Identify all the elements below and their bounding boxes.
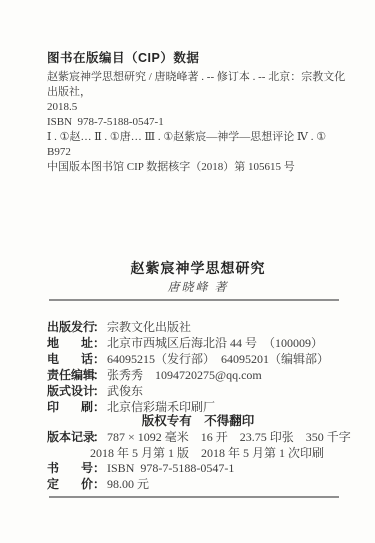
- row-label: 地址: [47, 335, 93, 351]
- row-isbn: 书号：ISBN 978-7-5188-0547-1: [47, 461, 351, 477]
- divider-top: [49, 299, 339, 301]
- row-label: 定价: [47, 477, 93, 493]
- row-value: 2018 年 5 月第 1 版 2018 年 5 月第 1 次印刷: [90, 446, 324, 460]
- row-value: 武俊东: [107, 384, 143, 398]
- cip-heading: 图书在版编目（CIP）数据: [47, 49, 351, 67]
- row-label: 责任编辑: [47, 367, 93, 383]
- row-value: 张秀秀 1094720275@qq.com: [107, 368, 262, 382]
- book-title: 赵紫宸神学思想研究: [47, 258, 349, 278]
- row-colon: ：: [93, 461, 105, 475]
- row-label: 电话: [47, 351, 93, 367]
- publisher-info-block: 出版发行：宗教文化出版社 地址：北京市西城区后海北沿 44 号 （100009）…: [47, 319, 351, 415]
- row-value: 北京信彩瑞禾印刷厂: [107, 400, 215, 414]
- row-value: 787 × 1092 毫米 16 开 23.75 印张 350 千字: [107, 430, 351, 444]
- row-address: 地址：北京市西城区后海北沿 44 号 （100009）: [47, 335, 351, 351]
- cip-line-description: 赵紫宸神学思想研究 / 唐晓峰著 . -- 修订本 . -- 北京：宗教文化出版…: [47, 70, 351, 100]
- book-author: 唐晓峰 著: [47, 279, 349, 295]
- row-colon: ：: [93, 400, 105, 414]
- copyright-notice: 版权专有 不得翻印: [47, 413, 349, 429]
- row-edition-record-continued: 2018 年 5 月第 1 版 2018 年 5 月第 1 次印刷: [47, 446, 351, 462]
- row-price: 定价：98.00 元: [47, 477, 351, 493]
- row-editor: 责任编辑：张秀秀 1094720275@qq.com: [47, 367, 351, 383]
- copyright-page: 图书在版编目（CIP）数据 赵紫宸神学思想研究 / 唐晓峰著 . -- 修订本 …: [0, 0, 375, 543]
- cip-line-classification: Ⅰ . ①赵… Ⅱ . ①唐… Ⅲ . ①赵紫宸—神学—思想评论 Ⅳ . ① B…: [47, 130, 351, 160]
- row-label: 出版发行: [47, 319, 93, 335]
- row-phone: 电话：64095215（发行部） 64095201（编辑部）: [47, 351, 351, 367]
- row-layout-designer: 版式设计：武俊东: [47, 383, 351, 399]
- row-value: 64095215（发行部） 64095201（编辑部）: [107, 352, 329, 366]
- row-colon: ：: [93, 477, 105, 491]
- row-colon: ：: [93, 430, 105, 444]
- divider-bottom: [49, 496, 339, 498]
- row-value: 北京市西城区后海北沿 44 号 （100009）: [107, 336, 323, 350]
- row-colon: ：: [93, 368, 105, 382]
- row-colon: ：: [93, 352, 105, 366]
- title-block: 赵紫宸神学思想研究 唐晓峰 著: [47, 258, 349, 295]
- row-value: 98.00 元: [107, 477, 149, 491]
- row-label: 版式设计: [47, 383, 93, 399]
- row-value: ISBN 978-7-5188-0547-1: [107, 461, 234, 475]
- row-colon: ：: [93, 384, 105, 398]
- cip-line-isbn: ISBN 978-7-5188-0547-1: [47, 115, 351, 130]
- row-colon: ：: [93, 320, 105, 334]
- row-edition-record: 版本记录：787 × 1092 毫米 16 开 23.75 印张 350 千字: [47, 430, 351, 446]
- row-value: 宗教文化出版社: [107, 320, 191, 334]
- cip-block: 图书在版编目（CIP）数据 赵紫宸神学思想研究 / 唐晓峰著 . -- 修订本 …: [47, 49, 351, 175]
- edition-record-block: 版本记录：787 × 1092 毫米 16 开 23.75 印张 350 千字 …: [47, 430, 351, 492]
- row-label: 书号: [47, 461, 93, 477]
- row-label: 版本记录: [47, 430, 93, 446]
- cip-line-year: 2018.5: [47, 100, 351, 115]
- row-publisher: 出版发行：宗教文化出版社: [47, 319, 351, 335]
- row-colon: ：: [93, 336, 105, 350]
- cip-line-record-number: 中国版本图书馆 CIP 数据核字（2018）第 105615 号: [47, 160, 351, 175]
